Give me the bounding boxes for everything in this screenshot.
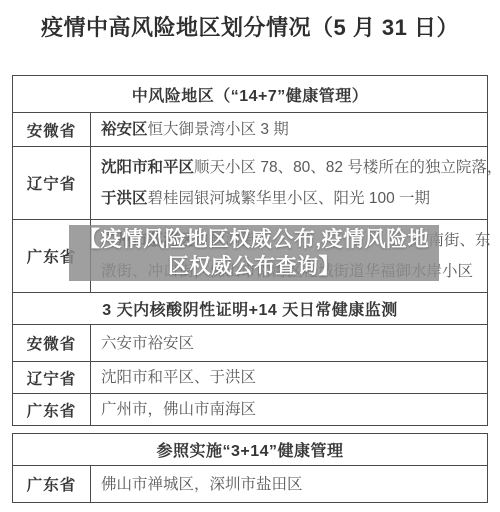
detail-cell: 广州市，佛山市南海区 xyxy=(91,394,487,425)
province-cell: 广东省 xyxy=(13,466,91,502)
watermark-line-2: 区权威公布查询】 xyxy=(168,253,340,280)
province-cell: 安微省 xyxy=(13,113,91,146)
page-title: 疫情中高风险地区划分情况（5 月 31 日） xyxy=(0,11,500,42)
detail-line: 广州市，佛山市南海区 xyxy=(101,394,482,425)
detail-line: 裕安区恒大御景湾小区 3 期 xyxy=(101,114,482,145)
section-header-medium-risk: 中风险地区（“14+7”健康管理） xyxy=(13,76,487,112)
detail-bold-text: 于洪区 xyxy=(101,190,148,207)
detail-bold-text: 沈阳市和平区 xyxy=(101,159,194,176)
province-cell: 辽宁省 xyxy=(13,362,91,393)
table-row-liaoning-1: 辽宁省 沈阳市和平区顺天小区 78、80、82 号楼所在的独立院落， 于洪区碧桂… xyxy=(13,146,487,219)
detail-cell: 六安市裕安区 xyxy=(91,325,487,361)
detail-cell: 佛山市禅城区，深圳市盐田区 xyxy=(91,466,487,502)
table-row-guangdong-2: 广东省 广州市，佛山市南海区 xyxy=(13,393,487,425)
province-cell: 广东省 xyxy=(13,394,91,425)
detail-line: 沈阳市和平区、于洪区 xyxy=(101,362,482,393)
detail-text: 顺天小区 78、80、82 号楼所在的独立院落， xyxy=(194,159,500,176)
section-header-nucleic-acid: 3 天内核酸阴性证明+14 天日常健康监测 xyxy=(13,292,487,324)
detail-line: 六安市裕安区 xyxy=(101,328,482,359)
detail-line: 于洪区碧桂园银河城繁华里小区、阳光 100 一期 xyxy=(101,183,482,214)
detail-text: 碧桂园银河城繁华里小区、阳光 100 一期 xyxy=(148,190,430,207)
detail-text: 六安市裕安区 xyxy=(101,335,194,352)
detail-cell: 裕安区恒大御景湾小区 3 期 xyxy=(91,113,487,146)
province-cell: 安微省 xyxy=(13,325,91,361)
watermark-overlay: 【疫情风险地区权威公布,疫情风险地 区权威公布查询】 xyxy=(69,225,439,281)
section-header-3-14-management: 参照实施“3+14”健康管理 xyxy=(13,434,487,465)
table-row-guangdong-3: 广东省 佛山市禅城区，深圳市盐田区 xyxy=(13,465,487,502)
detail-text: 恒大御景湾小区 3 期 xyxy=(148,121,289,138)
table-row-anhui-1: 安微省 裕安区恒大御景湾小区 3 期 xyxy=(13,112,487,146)
detail-text: 广州市，佛山市南海区 xyxy=(101,401,256,418)
province-cell: 辽宁省 xyxy=(13,147,91,219)
detail-cell: 沈阳市和平区顺天小区 78、80、82 号楼所在的独立院落， 于洪区碧桂园银河城… xyxy=(91,147,487,219)
detail-bold-text: 裕安区 xyxy=(101,121,148,138)
table-row-liaoning-2: 辽宁省 沈阳市和平区、于洪区 xyxy=(13,361,487,393)
detail-line: 沈阳市和平区顺天小区 78、80、82 号楼所在的独立院落， xyxy=(101,152,482,183)
detail-line: 佛山市禅城区，深圳市盐田区 xyxy=(101,469,482,500)
watermark-line-1: 【疫情风险地区权威公布,疫情风险地 xyxy=(79,226,429,253)
detail-cell: 沈阳市和平区、于洪区 xyxy=(91,362,487,393)
table-row-anhui-2: 安微省 六安市裕安区 xyxy=(13,324,487,361)
detail-text: 佛山市禅城区，深圳市盐田区 xyxy=(101,476,303,493)
reference-management-table: 参照实施“3+14”健康管理 广东省 佛山市禅城区，深圳市盐田区 xyxy=(12,433,488,503)
detail-text: 沈阳市和平区、于洪区 xyxy=(101,369,256,386)
